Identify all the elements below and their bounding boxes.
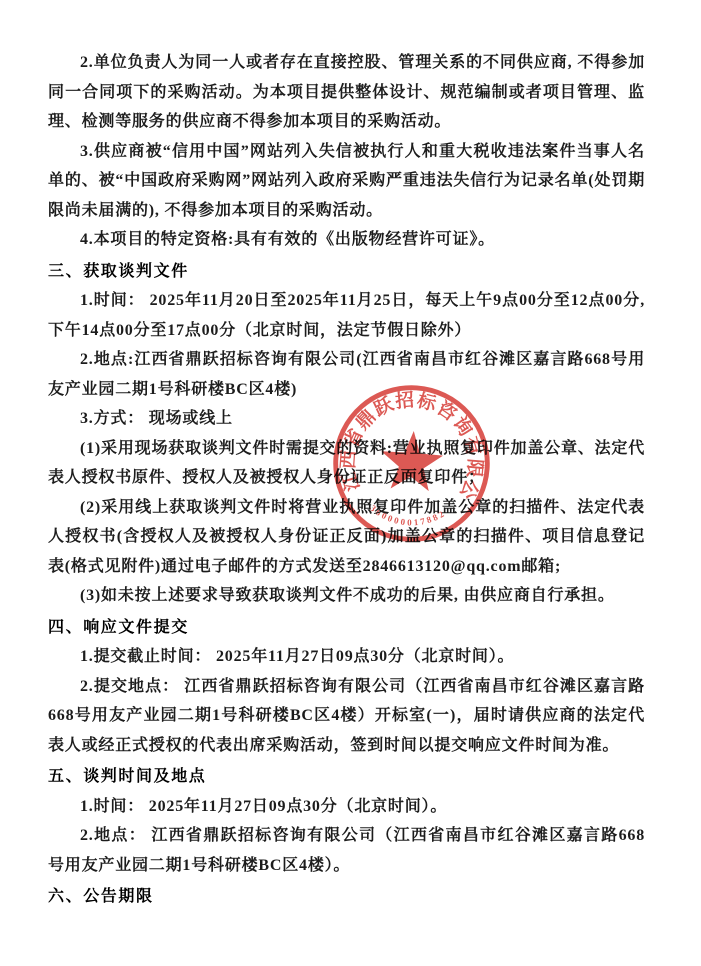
body-paragraph: 3.方式： 现场或线上: [48, 404, 645, 434]
body-paragraph: 1.时间： 2025年11月20日至2025年11月25日，每天上午9点00分至…: [48, 286, 645, 345]
body-paragraph: 4.本项目的特定资格:具有有效的《出版物经营许可证》。: [48, 225, 645, 255]
body-paragraph: (2)采用线上获取谈判文件时将营业执照复印件加盖公章的扫描件、法定代表人授权书(…: [48, 493, 645, 582]
body-paragraph: (3)如未按上述要求导致获取谈判文件不成功的后果, 由供应商自行承担。: [48, 581, 645, 611]
body-paragraph: 2.提交地点： 江西省鼎跃招标咨询有限公司（江西省南昌市红谷滩区嘉言路668号用…: [48, 672, 645, 761]
body-paragraph: 2.地点:江西省鼎跃招标咨询有限公司(江西省南昌市红谷滩区嘉言路668号用友产业…: [48, 345, 645, 404]
body-paragraph: 2.单位负责人为同一人或者存在直接控股、管理关系的不同供应商, 不得参加同一合同…: [48, 48, 645, 137]
body-paragraph: (1)采用现场获取谈判文件时需提交的资料:营业执照复印件加盖公章、法定代表人授权…: [48, 434, 645, 493]
document-page: 2.单位负责人为同一人或者存在直接控股、管理关系的不同供应商, 不得参加同一合同…: [0, 0, 701, 966]
body-paragraph: 1.提交截止时间： 2025年11月27日09点30分（北京时间）。: [48, 642, 645, 672]
section-heading: 六、公告期限: [48, 882, 645, 912]
section-heading: 四、响应文件提交: [48, 613, 645, 643]
document-body: 2.单位负责人为同一人或者存在直接控股、管理关系的不同供应商, 不得参加同一合同…: [48, 48, 645, 912]
section-heading: 五、谈判时间及地点: [48, 762, 645, 792]
body-paragraph: 2.地点： 江西省鼎跃招标咨询有限公司（江西省南昌市红谷滩区嘉言路668号用友产…: [48, 821, 645, 880]
section-heading: 三、获取谈判文件: [48, 257, 645, 287]
body-paragraph: 1.时间： 2025年11月27日09点30分（北京时间）。: [48, 792, 645, 822]
body-paragraph: 3.供应商被“信用中国”网站列入失信被执行人和重大税收违法案件当事人名单的、被“…: [48, 137, 645, 226]
